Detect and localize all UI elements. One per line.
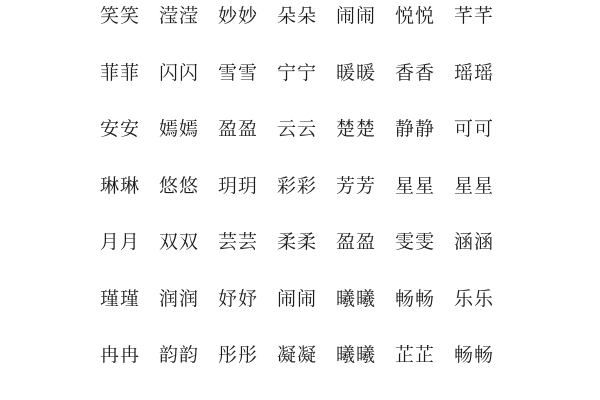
name-row-2: 菲菲 闪闪 雪雪 宁宁 暖暖 香香 瑶瑶: [100, 61, 520, 85]
name-cell: 星星: [454, 174, 494, 198]
name-cell: 玥玥: [218, 174, 258, 198]
name-cell: 闪闪: [159, 61, 199, 85]
name-cell: 瑶瑶: [454, 61, 494, 85]
name-cell: 妙妙: [218, 4, 258, 28]
name-cell: 宁宁: [277, 61, 317, 85]
name-cell: 香香: [395, 61, 435, 85]
name-cell: 冉冉: [100, 343, 140, 367]
name-cell: 柔柔: [277, 230, 317, 254]
name-cell: 芊芊: [454, 4, 494, 28]
name-row-3: 安安 嫣嫣 盈盈 云云 楚楚 静静 可可: [100, 117, 520, 141]
name-row-4: 琳琳 悠悠 玥玥 彩彩 芳芳 星星 星星: [100, 174, 520, 198]
name-cell: 畅畅: [454, 343, 494, 367]
name-cell: 嫣嫣: [159, 117, 199, 141]
name-cell: 瑾瑾: [100, 287, 140, 311]
name-cell: 星星: [395, 174, 435, 198]
name-cell: 涵涵: [454, 230, 494, 254]
name-cell: 静静: [395, 117, 435, 141]
name-cell: 雯雯: [395, 230, 435, 254]
name-cell: 朵朵: [277, 4, 317, 28]
name-cell: 乐乐: [454, 287, 494, 311]
name-cell: 曦曦: [336, 287, 376, 311]
name-cell: 彩彩: [277, 174, 317, 198]
name-cell: 盈盈: [218, 117, 258, 141]
name-row-1: 笑笑 滢滢 妙妙 朵朵 闹闹 悦悦 芊芊: [100, 4, 520, 28]
name-cell: 菲菲: [100, 61, 140, 85]
name-cell: 韵韵: [159, 343, 199, 367]
name-cell: 安安: [100, 117, 140, 141]
name-row-7: 冉冉 韵韵 彤彤 凝凝 曦曦 芷芷 畅畅: [100, 343, 520, 367]
document-page: 笑笑 滢滢 妙妙 朵朵 闹闹 悦悦 芊芊 菲菲 闪闪 雪雪 宁宁 暖暖 香香 瑶…: [0, 0, 600, 400]
name-cell: 楚楚: [336, 117, 376, 141]
name-cell: 悦悦: [395, 4, 435, 28]
name-cell: 暖暖: [336, 61, 376, 85]
name-cell: 雪雪: [218, 61, 258, 85]
name-cell: 芷芷: [395, 343, 435, 367]
name-cell: 曦曦: [336, 343, 376, 367]
name-cell: 彤彤: [218, 343, 258, 367]
name-cell: 闹闹: [336, 4, 376, 28]
name-cell: 云云: [277, 117, 317, 141]
name-cell: 芳芳: [336, 174, 376, 198]
name-cell: 凝凝: [277, 343, 317, 367]
name-cell: 盈盈: [336, 230, 376, 254]
name-cell: 双双: [159, 230, 199, 254]
name-cell: 笑笑: [100, 4, 140, 28]
name-cell: 琳琳: [100, 174, 140, 198]
name-cell: 闹闹: [277, 287, 317, 311]
name-cell: 芸芸: [218, 230, 258, 254]
name-cell: 妤妤: [218, 287, 258, 311]
name-row-5: 月月 双双 芸芸 柔柔 盈盈 雯雯 涵涵: [100, 230, 520, 254]
name-cell: 畅畅: [395, 287, 435, 311]
name-cell: 悠悠: [159, 174, 199, 198]
name-cell: 润润: [159, 287, 199, 311]
name-cell: 月月: [100, 230, 140, 254]
name-cell: 可可: [454, 117, 494, 141]
name-cell: 滢滢: [159, 4, 199, 28]
name-row-6: 瑾瑾 润润 妤妤 闹闹 曦曦 畅畅 乐乐: [100, 287, 520, 311]
